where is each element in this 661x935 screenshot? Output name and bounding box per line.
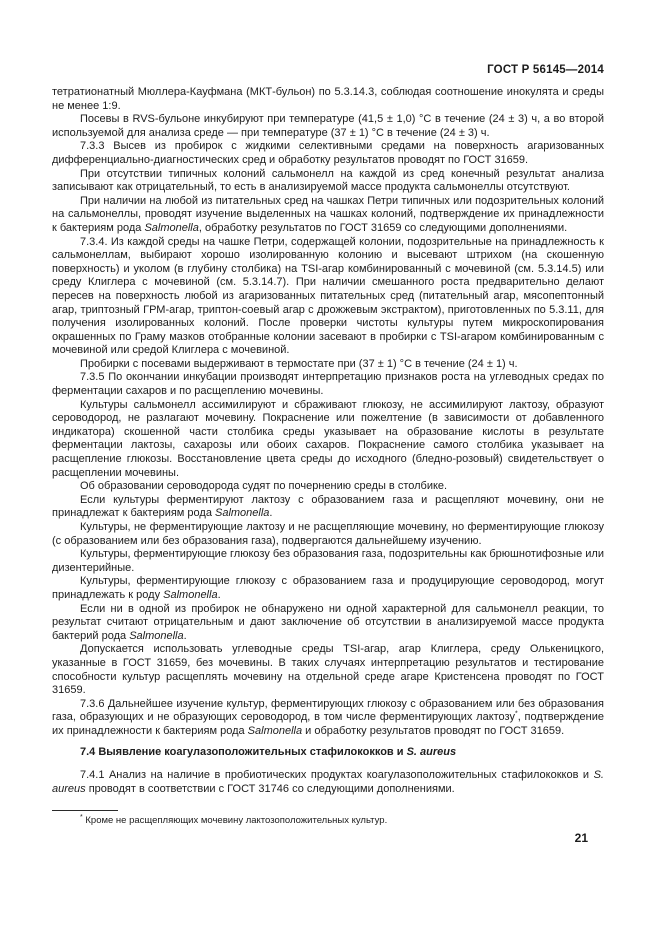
document-body: тетратионатный Мюллера-Кауфмана (МКТ-бул… <box>52 86 604 796</box>
paragraph: Посевы в RVS-бульоне инкубируют при темп… <box>52 113 604 140</box>
paragraph: При отсутствии типичных колоний сальмоне… <box>52 168 604 195</box>
paragraph: 7.3.3 Высев из пробирок с жидкими селект… <box>52 140 604 167</box>
paragraph: Если ни в одной из пробирок не обнаружен… <box>52 603 604 644</box>
page-number: 21 <box>52 831 604 845</box>
paragraph: 7.3.5 По окончании инкубации производят … <box>52 371 604 398</box>
paragraph: Пробирки с посевами выдерживают в термос… <box>52 358 604 372</box>
paragraph: При наличии на любой из питательных сред… <box>52 195 604 236</box>
document-page: ГОСТ Р 56145—2014 тетратионатный Мюллера… <box>0 0 661 935</box>
paragraph: Культуры, ферментирующие глюкозу без обр… <box>52 548 604 575</box>
paragraph: 7.3.6 Дальнейшее изучение культур, ферме… <box>52 698 604 739</box>
running-header-standard-number: ГОСТ Р 56145—2014 <box>52 64 604 76</box>
paragraph: Культуры, не ферментирующие лактозу и не… <box>52 521 604 548</box>
paragraph: Об образовании сероводорода судят по поч… <box>52 480 604 494</box>
section-heading: 7.4 Выявление коагулазоположительных ста… <box>52 746 604 760</box>
paragraph: Культуры сальмонелл ассимилируют и сбраж… <box>52 399 604 481</box>
footnote-block: * Кроме не расщепляющих мочевину лактозо… <box>52 810 604 827</box>
page-content: ГОСТ Р 56145—2014 тетратионатный Мюллера… <box>52 64 604 845</box>
paragraph: тетратионатный Мюллера-Кауфмана (МКТ-бул… <box>52 86 604 113</box>
paragraph: 7.3.4. Из каждой среды на чашке Петри, с… <box>52 236 604 358</box>
footnote-text: Кроме не расщепляющих мочевину лактозопо… <box>83 815 387 826</box>
paragraph: Допускается использовать углеводные сред… <box>52 643 604 697</box>
paragraph: Если культуры ферментируют лактозу с обр… <box>52 494 604 521</box>
footnote: * Кроме не расщепляющих мочевину лактозо… <box>52 815 604 827</box>
paragraph: 7.4.1 Анализ на наличие в пробиотических… <box>52 769 604 796</box>
paragraph: Культуры, ферментирующие глюкозу с образ… <box>52 575 604 602</box>
footnote-separator-rule <box>52 810 118 811</box>
